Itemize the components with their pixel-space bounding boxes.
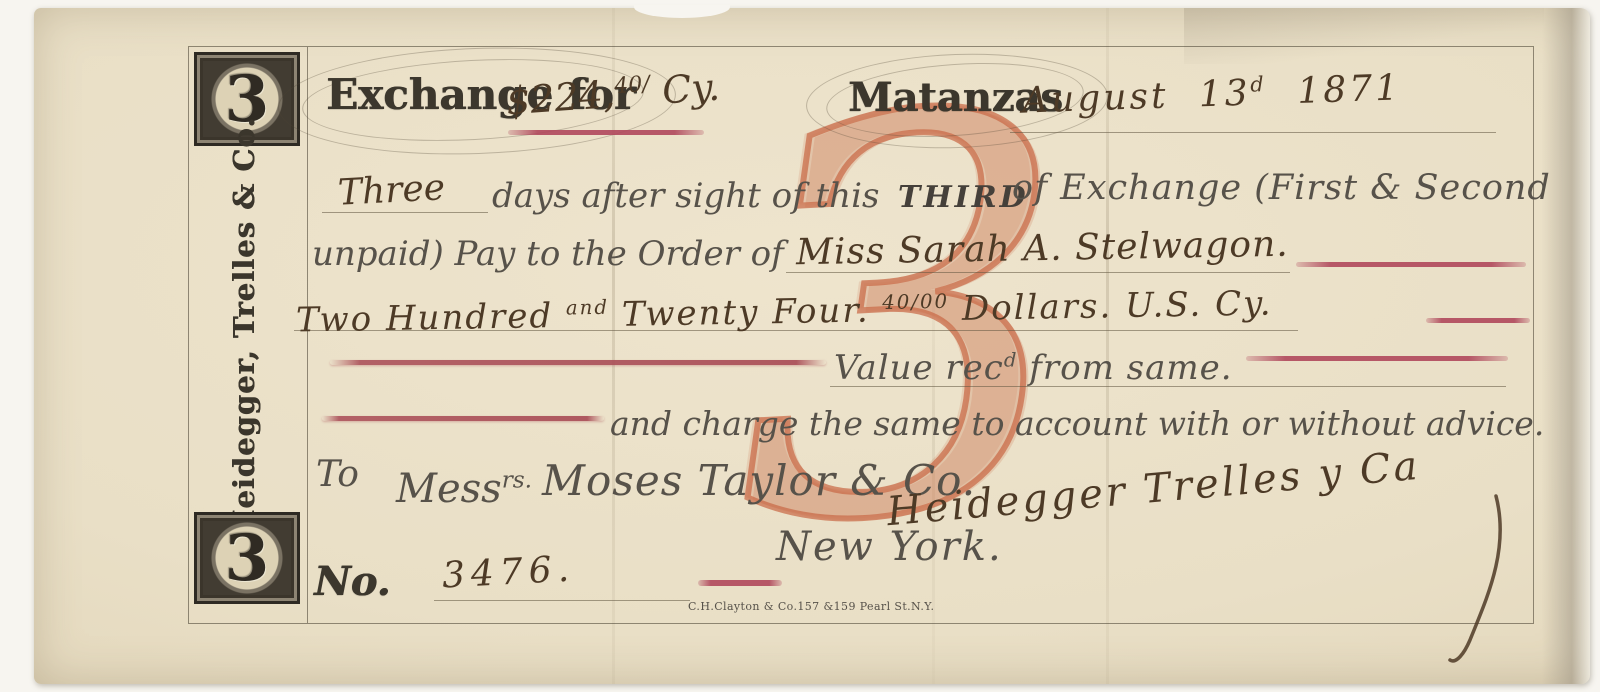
number-underline <box>434 600 690 601</box>
value-clause-part1: Value rec <box>834 348 1004 388</box>
charge-clause: and charge the same to account with or w… <box>610 404 1544 443</box>
amount-red-underline <box>508 130 704 135</box>
number-handwritten: 3476. <box>441 549 576 597</box>
value-clause-sup: d <box>1004 349 1018 372</box>
date-year: 1871 <box>1297 67 1402 112</box>
denomination-box-bottom: 3 <box>194 512 300 604</box>
firm-name-vertical: Heidegger, Trelles & Co. <box>190 148 298 506</box>
value-red-dash <box>1246 356 1508 361</box>
to-label: To <box>316 454 359 495</box>
denomination-numeral-bottom: 3 <box>225 521 270 596</box>
printer-credit: C.H.Clayton & Co.157 &159 Pearl St.N.Y. <box>688 600 934 613</box>
date-day: August 13 <box>1021 73 1251 122</box>
number-red-dash <box>698 580 782 586</box>
exchange-clause: of Exchange (First & Second <box>1012 168 1551 208</box>
copy-designation: THIRD <box>898 180 1029 215</box>
amount-words-part3: Dollars. U.S. Cy. <box>962 283 1273 328</box>
messrs-label: Messrs. <box>396 466 532 512</box>
amount-words-fraction: 40/00 <box>882 290 949 314</box>
date-underline <box>1010 132 1496 133</box>
messrs-superscript: rs. <box>502 467 532 494</box>
amount-figures: $224, <box>505 72 617 123</box>
date-ordinal: d <box>1250 72 1267 97</box>
amount-currency: Cy. <box>661 65 722 113</box>
payee-handwritten: Miss Sarah A. Stelwagon. <box>796 224 1289 274</box>
paper-edge-notch <box>634 5 730 18</box>
scanned-bill-of-exchange: 3 3 Heidegger, Trelles & Co. 3 Exchange … <box>0 0 1600 692</box>
value-clause: Value recd from same. <box>834 348 1233 388</box>
amount-words-part2: Twenty Four. <box>622 291 870 335</box>
charge-red-rule <box>322 416 604 421</box>
value-clause-part2: from same. <box>1029 348 1232 388</box>
payee-red-dash <box>1296 262 1526 267</box>
amount-words-part1: Two Hundred <box>296 296 554 340</box>
number-label: No. <box>314 558 390 605</box>
signature-flourish <box>1426 490 1506 670</box>
amount-words-red-dash <box>1426 318 1530 323</box>
sight-clause: days after sight of this <box>492 176 879 216</box>
amount-fraction: 40/ <box>613 72 650 99</box>
messrs-base: Mess <box>396 466 502 512</box>
tenor-handwritten: Three <box>337 167 446 214</box>
firm-name-vertical-label: Heidegger, Trelles & Co. <box>227 117 261 537</box>
amount-words-and: and <box>566 296 609 320</box>
unpaid-clause: unpaid) Pay to the Order of <box>312 234 784 274</box>
value-red-rule <box>330 360 826 365</box>
paper-sheet: 3 3 Heidegger, Trelles & Co. 3 Exchange … <box>34 8 1590 684</box>
